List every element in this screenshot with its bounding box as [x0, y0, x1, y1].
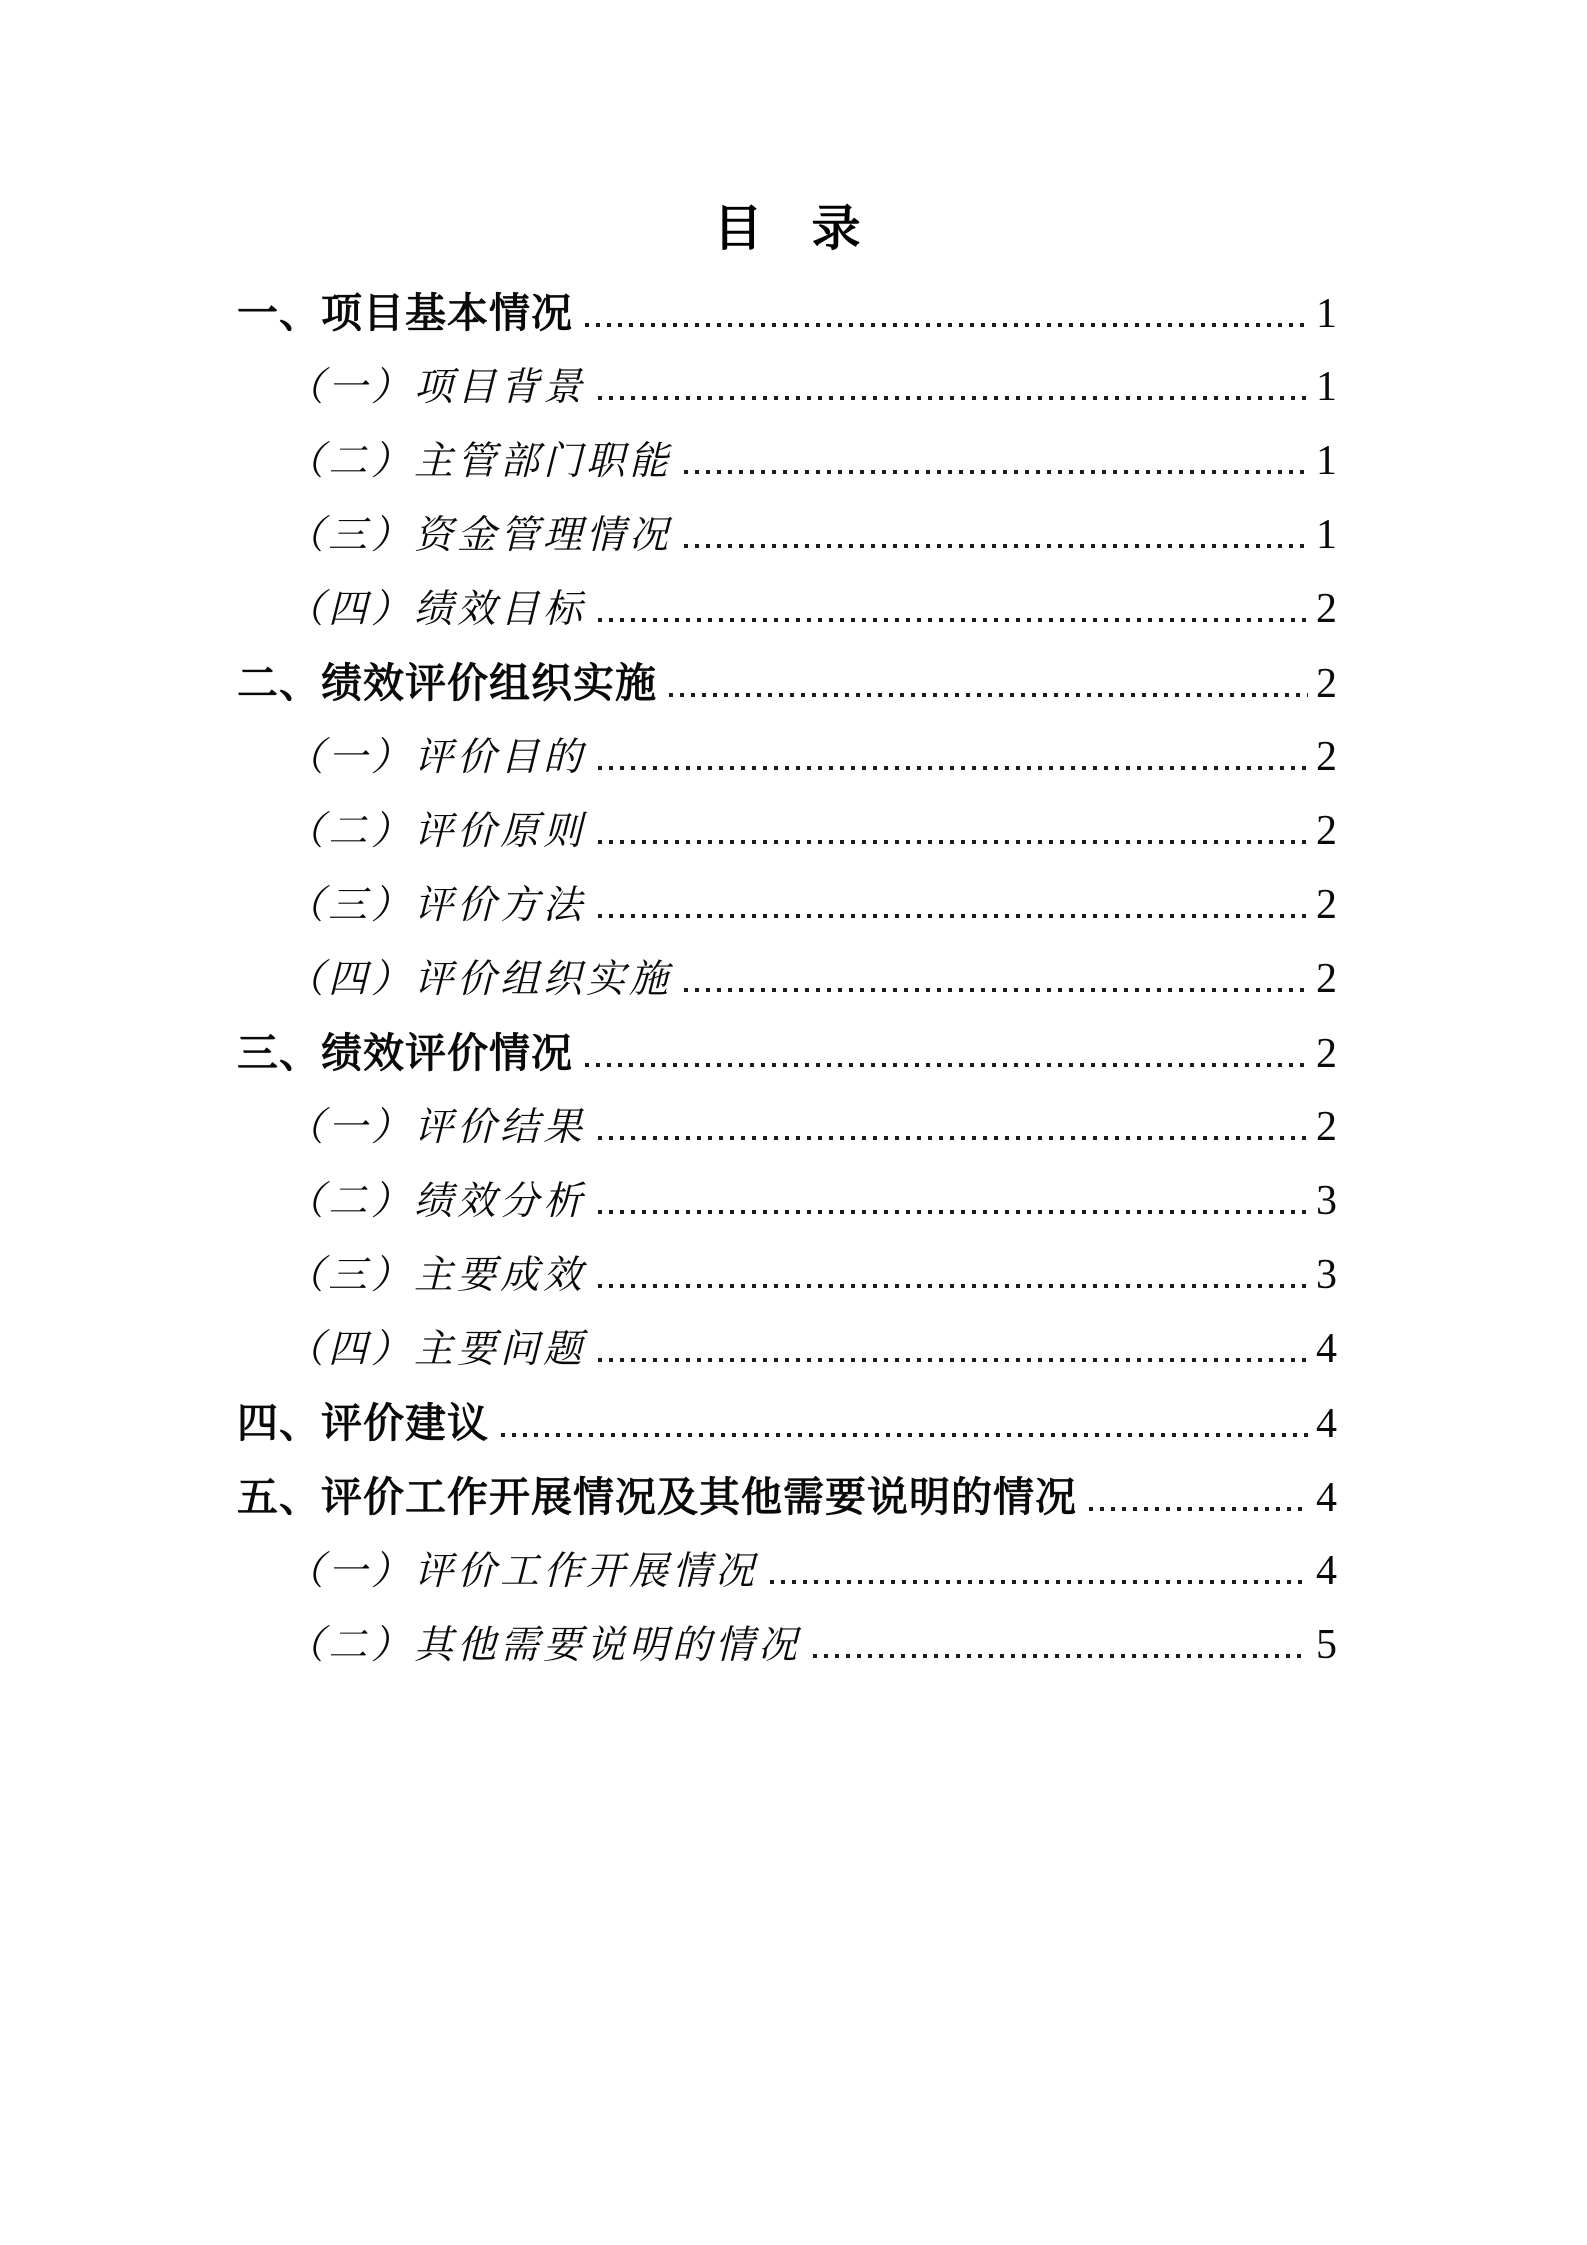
- dot-leader: [684, 988, 1308, 992]
- toc-entry-label: （三）评价方法: [285, 869, 586, 943]
- toc-entry: （一）评价目的 2: [237, 720, 1337, 794]
- toc-entry-page: 3: [1316, 1238, 1337, 1312]
- toc-entry: 五、评价工作开展情况及其他需要说明的情况 4: [237, 1460, 1337, 1534]
- toc-entry: （一）评价结果 2: [237, 1090, 1337, 1164]
- toc-entry-label: （一）评价结果: [285, 1091, 586, 1165]
- toc-title: 目 录: [237, 203, 1337, 257]
- dot-leader: [813, 1654, 1308, 1658]
- toc-entry: （四）评价组织实施 2: [237, 942, 1337, 1016]
- toc-entry-page: 1: [1316, 350, 1337, 424]
- toc-entry-label: 三、绩效评价情况: [237, 1016, 573, 1090]
- toc-entry-label: 一、项目基本情况: [237, 276, 573, 350]
- toc-entry-page: 4: [1316, 1461, 1337, 1535]
- dot-leader: [598, 618, 1308, 622]
- dot-leader: [598, 840, 1308, 844]
- toc-entry: （一）评价工作开展情况 4: [237, 1534, 1337, 1608]
- toc-entry-page: 5: [1316, 1608, 1337, 1682]
- toc-entry-page: 2: [1316, 647, 1337, 721]
- toc-entry-page: 2: [1316, 794, 1337, 868]
- toc-entry-page: 2: [1316, 1017, 1337, 1091]
- toc-entry-page: 4: [1316, 1312, 1337, 1386]
- toc-entry: （四）绩效目标 2: [237, 572, 1337, 646]
- toc-entry-label: （二）评价原则: [285, 795, 586, 869]
- toc-entry-label: （一）评价目的: [285, 721, 586, 795]
- dot-leader: [501, 1433, 1308, 1437]
- toc-entry-label: （一）评价工作开展情况: [285, 1535, 758, 1609]
- toc-entry-label: 五、评价工作开展情况及其他需要说明的情况: [237, 1460, 1077, 1534]
- dot-leader: [598, 1136, 1308, 1140]
- toc-entry-label: （二）其他需要说明的情况: [285, 1609, 801, 1683]
- toc-entry: （三）资金管理情况 1: [237, 498, 1337, 572]
- dot-leader: [585, 323, 1308, 327]
- toc-entry: （三）主要成效 3: [237, 1238, 1337, 1312]
- toc-entry-label: （三）资金管理情况: [285, 499, 672, 573]
- dot-leader: [684, 544, 1308, 548]
- toc-entry-page: 3: [1316, 1164, 1337, 1238]
- toc-entry-label: （四）主要问题: [285, 1313, 586, 1387]
- toc-entry-page: 1: [1316, 277, 1337, 351]
- toc-entry: （二）绩效分析 3: [237, 1164, 1337, 1238]
- toc-entry-page: 4: [1316, 1534, 1337, 1608]
- toc-entry: 三、绩效评价情况 2: [237, 1016, 1337, 1090]
- toc-entry-label: （三）主要成效: [285, 1239, 586, 1313]
- toc-entry: （三）评价方法 2: [237, 868, 1337, 942]
- dot-leader: [585, 1063, 1308, 1067]
- dot-leader: [598, 766, 1308, 770]
- dot-leader: [770, 1580, 1308, 1584]
- dot-leader: [598, 1284, 1308, 1288]
- toc-entry-page: 2: [1316, 720, 1337, 794]
- dot-leader: [669, 693, 1308, 697]
- toc-entry: （一）项目背景 1: [237, 350, 1337, 424]
- toc-entry-label: （二）绩效分析: [285, 1165, 586, 1239]
- document-page: 目 录 一、项目基本情况 1 （一）项目背景 1 （二）主管部门职能 1 （三）…: [0, 0, 1587, 2245]
- toc-entry: 二、绩效评价组织实施 2: [237, 646, 1337, 720]
- dot-leader: [1089, 1507, 1308, 1511]
- dot-leader: [598, 914, 1308, 918]
- toc-entry-page: 2: [1316, 942, 1337, 1016]
- toc-entry: （二）评价原则 2: [237, 794, 1337, 868]
- toc-entry: 四、评价建议 4: [237, 1386, 1337, 1460]
- dot-leader: [598, 1358, 1308, 1362]
- toc-entry-label: （四）评价组织实施: [285, 943, 672, 1017]
- toc-entry-label: （一）项目背景: [285, 351, 586, 425]
- dot-leader: [684, 470, 1308, 474]
- toc-entry: （二）其他需要说明的情况 5: [237, 1608, 1337, 1682]
- toc-entry: （四）主要问题 4: [237, 1312, 1337, 1386]
- toc-entry-page: 2: [1316, 572, 1337, 646]
- toc-entry-page: 4: [1316, 1387, 1337, 1461]
- toc-list: 一、项目基本情况 1 （一）项目背景 1 （二）主管部门职能 1 （三）资金管理…: [237, 276, 1337, 1682]
- dot-leader: [598, 1210, 1308, 1214]
- toc-entry-label: 四、评价建议: [237, 1386, 489, 1460]
- toc-entry-page: 2: [1316, 1090, 1337, 1164]
- toc-entry-page: 2: [1316, 868, 1337, 942]
- toc-entry-page: 1: [1316, 424, 1337, 498]
- dot-leader: [598, 396, 1308, 400]
- toc-entry-label: （二）主管部门职能: [285, 425, 672, 499]
- toc-entry: （二）主管部门职能 1: [237, 424, 1337, 498]
- toc-entry-page: 1: [1316, 498, 1337, 572]
- toc-entry-label: 二、绩效评价组织实施: [237, 646, 657, 720]
- toc-entry: 一、项目基本情况 1: [237, 276, 1337, 350]
- toc-entry-label: （四）绩效目标: [285, 573, 586, 647]
